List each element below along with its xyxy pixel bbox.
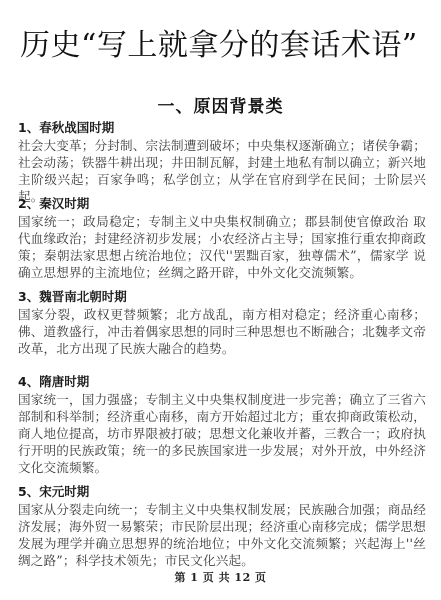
period-heading: 4、隋唐时期: [18, 374, 426, 390]
document-title: 历史“写上就拿分的套话术语”: [20, 28, 430, 64]
period-section: 3、魏晋南北朝时期 国家分裂，政权更替频繁；北方战乱，南方相对稳定；经济重心南移…: [18, 289, 426, 357]
period-body: 国家分裂，政权更替频繁；北方战乱，南方相对稳定；经济重心南移；佛、道教盛行，冲击…: [18, 306, 426, 357]
period-section: 5、宋元时期 国家从分裂走向统一；专制主义中央集权制发展；民族融合加强；商品经济…: [18, 484, 426, 569]
period-body: 国家统一，国力强盛；专制主义中央集权制度进一步完善；确立了三省六部制和科举制；经…: [18, 391, 426, 476]
period-heading: 5、宋元时期: [18, 484, 426, 500]
page-number-footer: 第 1 页 共 12 页: [0, 571, 441, 585]
period-body: 国家统一；政局稳定；专制主义中央集权制确立；郡县制使官僚政治 取代血缘政治；封建…: [18, 213, 426, 281]
period-body: 国家从分裂走向统一；专制主义中央集权制发展；民族融合加强；商品经济发展；海外贸一…: [18, 501, 426, 569]
period-section: 4、隋唐时期 国家统一，国力强盛；专制主义中央集权制度进一步完善；确立了三省六部…: [18, 374, 426, 476]
section-title: 一、原因背景类: [0, 96, 441, 118]
period-heading: 1、春秋战国时期: [18, 120, 426, 136]
period-section: 2、秦汉时期 国家统一；政局稳定；专制主义中央集权制确立；郡县制使官僚政治 取代…: [18, 196, 426, 281]
period-section: 1、春秋战国时期 社会大变革；分封制、宗法制遭到破坏；中央集权逐渐确立；诸侯争霸…: [18, 120, 426, 205]
period-heading: 2、秦汉时期: [18, 196, 426, 212]
period-heading: 3、魏晋南北朝时期: [18, 289, 426, 305]
document-page: 历史“写上就拿分的套话术语” 一、原因背景类 1、春秋战国时期 社会大变革；分封…: [0, 0, 441, 600]
period-body: 社会大变革；分封制、宗法制遭到破坏；中央集权逐渐确立；诸侯争霸；社会动荡；铁器牛…: [18, 137, 426, 205]
